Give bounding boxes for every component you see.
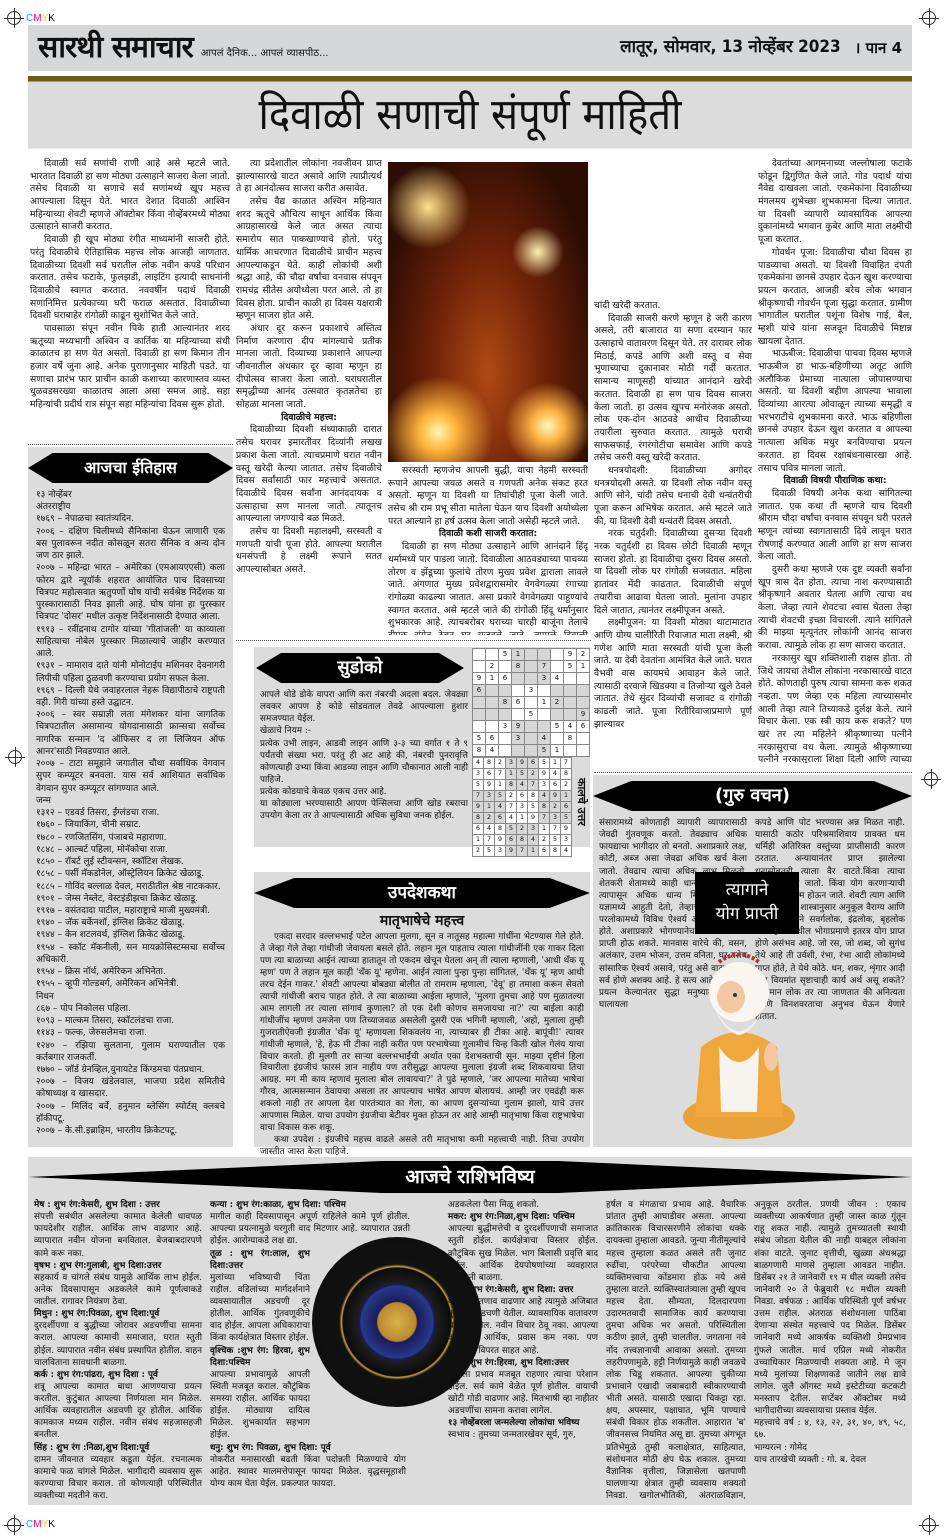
sudoku-cell: 5	[506, 824, 517, 835]
sudoku-cell[interactable]	[525, 649, 538, 661]
paragraph: लक्ष्मीपूजन: या दिवशी मोठ्या थाटामाटात आ…	[594, 617, 752, 731]
sudoku-cell: 7	[539, 813, 550, 824]
registration-mark-mid-right	[924, 772, 938, 786]
sudoku-cell: 6	[473, 824, 484, 835]
sudoku-cell: 3	[495, 846, 506, 857]
sudoku-cell: 2	[517, 824, 528, 835]
article-column-5: देवतांच्या आगमनाच्या जल्लोषाला फटाके फोड…	[758, 158, 912, 763]
sudoku-cell: 9	[539, 769, 550, 780]
sudoku-solution-grid: 4823965173671529485918473627352684919147…	[472, 757, 572, 857]
sudoku-cell[interactable]: 2	[577, 649, 590, 661]
sudoku-cell[interactable]	[525, 673, 538, 685]
history-item: १९३१ – मामाराव दाते यांनी मोनोटाईप मशिनव…	[36, 660, 225, 684]
sudoku-cell: 8	[539, 802, 550, 813]
history-banner: आजचा ईतिहास	[28, 453, 233, 483]
sudoku-cell: 8	[517, 835, 528, 846]
sudoku-cell[interactable]: 1	[538, 697, 551, 709]
sudoku-cell: 1	[561, 791, 572, 802]
paragraph: नरक चतुर्दशी: दिवाळीच्या दुसऱ्या दिवशी न…	[594, 528, 752, 617]
sudoku-cell[interactable]	[512, 745, 525, 757]
sudoku-cell[interactable]	[499, 709, 512, 721]
sudoku-cell: 7	[517, 846, 528, 857]
sudoku-cell[interactable]: 9	[512, 721, 525, 733]
sign-pisces-heading: मीन : शुभ रंग:हिरवा, शुभ दिशा:उत्तर	[448, 1358, 569, 1368]
sudoku-cell: 8	[473, 813, 484, 824]
registration-mark-mid-left	[8, 750, 22, 764]
sudoku-cell[interactable]	[551, 649, 564, 661]
sudoku-cell[interactable]	[512, 685, 525, 697]
history-item: १९१७ – वसंतदादा पाटील, महाराष्ट्राचे माज…	[36, 905, 225, 917]
sudoku-instructions: आपले थोडे डोके वापरा आणि करा नंबरची अदला…	[260, 689, 468, 822]
subheading: दिवाळी कशी साजरी करतात:	[388, 528, 588, 541]
history-item: १८५० – रॉबर्ट लुई स्टीवन्सन, स्कॉटिश लेख…	[36, 856, 225, 868]
sudoku-cell[interactable]: 5	[564, 661, 577, 673]
sudoku-cell[interactable]: 3	[538, 673, 551, 685]
sudoku-cell: 1	[484, 802, 495, 813]
sudoku-cell[interactable]: 9	[564, 649, 577, 661]
history-item: १०९३ – माल्कम तिसरा, स्कॉटलंडचा राजा.	[36, 1015, 225, 1027]
sudoku-cell[interactable]: 3	[512, 733, 525, 745]
cmyk-mark-top: CMYK	[26, 12, 55, 26]
same-date-person: याच तारखेची व्यक्ती : गो. ब. देवल	[754, 1454, 906, 1466]
sudoku-cell[interactable]	[499, 685, 512, 697]
sudoku-cell[interactable]: 4	[564, 721, 577, 733]
sudoku-cell: 2	[473, 846, 484, 857]
sudoku-cell[interactable]	[564, 697, 577, 709]
sudoku-puzzle-grid[interactable]: 519228751916346386125939546563488451	[472, 648, 590, 757]
sudoku-cell[interactable]	[473, 661, 486, 673]
sudoku-cell: 7	[473, 791, 484, 802]
sudoku-cell: 5	[539, 758, 550, 769]
sign-libra-text: मुलांच्या भविष्याची चिंता राहील. वडिलांच…	[210, 1272, 310, 1345]
divider	[594, 772, 912, 773]
sudoku-cell[interactable]	[512, 709, 525, 721]
sudoku-cell: 3	[484, 791, 495, 802]
sudoku-cell: 4	[484, 824, 495, 835]
sudoku-cell[interactable]	[564, 685, 577, 697]
sudoku-cell: 1	[517, 813, 528, 824]
paragraph: दुसरी कथा म्हणजे एक दुष्ट व्यक्ती सर्वां…	[758, 564, 912, 653]
sudoku-cell[interactable]: 9	[577, 709, 590, 721]
sudoku-cell[interactable]: 8	[473, 745, 486, 757]
paragraph: दिवाळी ही खूप मोठ्या रंगीत माध्यमांनी सा…	[30, 234, 230, 323]
sudoku-cell[interactable]: 9	[473, 673, 486, 685]
sudoku-cell[interactable]	[486, 685, 499, 697]
sudoku-cell: 2	[495, 758, 506, 769]
paragraph: पावसाळा संपून नवीन पिके हाती आल्यानंतर श…	[30, 323, 230, 412]
sudoku-cell[interactable]: 8	[512, 661, 525, 673]
history-item: २००७ – महिन्द्रा भारत – अमेरिका (एमआयएएस…	[36, 562, 225, 623]
sudoku-cell: 9	[495, 835, 506, 846]
sudoku-cell: 3	[517, 802, 528, 813]
sudoku-cell[interactable]	[486, 649, 499, 661]
sudoku-cell: 4	[495, 802, 506, 813]
article-column-2: त्या प्रदेशातील लोकांना नवजीवन प्राप्त झ…	[236, 158, 382, 628]
sign-aries-text: संपत्ती सबंधीत असलेल्या कामात केलेली धाव…	[34, 1211, 202, 1260]
sudoku-cell: 4	[506, 813, 517, 824]
sudoku-cell: 4	[539, 791, 550, 802]
history-item: १७६९ – नेपाळचा स्वातंत्र्यदिन.	[36, 513, 225, 525]
sudoku-cell: 7	[506, 802, 517, 813]
sudoku-cell[interactable]	[486, 697, 499, 709]
sudoku-cell[interactable]: 3	[525, 685, 538, 697]
history-list: १३ नोव्हेंबर अंतरराष्ट्रीय १७६९ – नेपाळच…	[36, 489, 225, 1137]
history-item: १९०१ – जेम्स नेब्लेट, वेस्टइंडीझचा क्रिक…	[36, 893, 225, 905]
paragraph: तसेच वैद्य काळात अश्विन महिन्यात शरद ऋतू…	[236, 196, 382, 323]
sudoku-intro: आपले थोडे डोके वापरा आणि करा नंबरची अदला…	[260, 689, 468, 725]
history-item: १९५४ – क्रिस नॉर्थ, अमेरिकन अभिनेता.	[36, 966, 225, 978]
sudoku-cell[interactable]	[564, 673, 577, 685]
sudoku-cell: 1	[528, 846, 539, 857]
sudoku-cell[interactable]	[525, 745, 538, 757]
paragraph: सरस्वती म्हणजेच आपली बुद्धी, वाचा नेहमी …	[388, 465, 588, 528]
sign-leo-heading: सिंह : शुभ रंग :निळा,शुभ दिशा:पूर्व	[34, 1443, 149, 1453]
newspaper-tagline: आपलं दैनिक... आपलं व्यासपीठ...	[201, 47, 329, 61]
sudoku-cell[interactable]	[499, 745, 512, 757]
sign-scorpio-heading: वृश्चिक :शुभ रंग: हिरवा, शुभ दिशा:पश्चिम	[210, 1346, 310, 1368]
sudoku-cell: 5	[517, 769, 528, 780]
sign-capricorn-text: आपल्या बुद्धीमत्तेची व दुरदर्शीपणाची समा…	[448, 1223, 598, 1284]
sudoku-cell[interactable]	[538, 685, 551, 697]
history-item: १९४४ – केन शटलवर्थ, इंग्लिश क्रिकेट खेळा…	[36, 929, 225, 941]
sign-cancer-text: शत्रू आपल्या कामात बाधा आणण्याचा प्रयत्न…	[34, 1381, 202, 1442]
history-item: १७६० – जियाकिंग, चीनी सम्राट.	[36, 819, 225, 831]
sudoku-cell[interactable]: 6	[499, 673, 512, 685]
upadesh-katha-box: उपदेशकथा मातृभाषेचे महत्त्व एकदा सरदार व…	[254, 872, 590, 1147]
sudoku-cell: 9	[528, 813, 539, 824]
sudoku-cell: 9	[484, 780, 495, 791]
guru-vachan-banner: (गुरु वचन)	[593, 781, 912, 811]
history-item: १९५४ – स्कॉट मॅकनीली, सन मायक्रोसिस्टम्स…	[36, 942, 225, 966]
sudoku-cell: 2	[539, 835, 550, 846]
sudoku-cell[interactable]	[577, 733, 590, 745]
sudoku-cell: 2	[561, 780, 572, 791]
sudoku-cell[interactable]	[551, 709, 564, 721]
sudoku-cell[interactable]: 5	[551, 721, 564, 733]
registration-mark-top-left	[7, 11, 21, 25]
sudoku-cell[interactable]: 6	[473, 685, 486, 697]
sudoku-cell[interactable]: 4	[486, 745, 499, 757]
sudoku-cell: 9	[550, 791, 561, 802]
sudoku-cell: 4	[528, 835, 539, 846]
sudoku-cell[interactable]	[473, 721, 486, 733]
sign-gemini-text: दुरदर्शीपणा व बुद्धीच्या जोरावर अडचणींचा…	[34, 1320, 202, 1369]
sudoku-cell: 8	[561, 769, 572, 780]
sudoku-cell: 1	[495, 780, 506, 791]
history-item: १९१३ – रवींद्रनाथ टागोर यांच्या 'गीतांजल…	[36, 624, 225, 661]
answer-label: कालचे उत्तर	[574, 778, 589, 826]
yog-title-line-1: त्यागाने	[695, 878, 799, 902]
section-label-international: अंतरराष्ट्रीय	[36, 501, 225, 513]
history-item: २००६ – स्वर सम्राज्ञी लता मंगेशकर यांना …	[36, 709, 225, 758]
sudoku-cell[interactable]: 7	[538, 661, 551, 673]
paragraph: धनत्रयोदशी: दिवाळीच्या अगोदर धनत्रयोदशी …	[594, 465, 752, 528]
lucky-gem: भाग्यरत्न : गोमेद	[754, 1442, 906, 1454]
sudoku-cell: 4	[517, 780, 528, 791]
sudoku-cell[interactable]	[473, 649, 486, 661]
subheading: दिवाळी विषयी पौराणिक कथा:	[758, 475, 912, 488]
subheading: दिवाळीचे महत्त्व:	[236, 412, 382, 425]
sudoku-cell: 7	[484, 835, 495, 846]
birthday-text: स्वभाव : तुमच्या जन्मतारखेवर सूर्य, गुरु…	[448, 1429, 598, 1441]
section-label-births: जन्म	[36, 795, 225, 807]
registration-mark-bottom-left	[7, 1518, 21, 1532]
sudoku-cell[interactable]	[473, 697, 486, 709]
sign-pisces-text: आपला प्रभाव मजबूत राहणार त्याचा परेशान ह…	[448, 1369, 598, 1418]
sign-aries-heading: मेष : शुभ रंग:केसरी, शुभ दिशा : उत्तर	[34, 1200, 160, 1210]
history-item: ११४३ – फल्क, जेरुसलेमचा राजा.	[36, 1027, 225, 1039]
sudoku-cell[interactable]	[499, 661, 512, 673]
history-item: १८८५ – गोविंद बल्लाळ देवल, मराठीतील श्रे…	[36, 881, 225, 893]
story-paragraph: एकदा सरदार वल्लभभाई पटेल आपला मुलगा, सून…	[260, 932, 584, 1135]
sudoku-cell[interactable]	[486, 721, 499, 733]
sudoku-cell[interactable]	[577, 673, 590, 685]
sudoku-cell: 4	[561, 846, 572, 857]
sudoku-cell: 3	[528, 824, 539, 835]
history-box: आजचा ईतिहास १३ नोव्हेंबर अंतरराष्ट्रीय १…	[28, 447, 233, 1147]
sudoku-cell: 7	[495, 769, 506, 780]
sudoku-cell: 3	[539, 780, 550, 791]
history-date: १३ नोव्हेंबर	[36, 489, 225, 501]
sage-illustration	[679, 937, 799, 1142]
sudoku-cell: 1	[539, 824, 550, 835]
section-label-deaths: निधन	[36, 991, 225, 1003]
sudoku-cell[interactable]	[551, 685, 564, 697]
rule-item: प्रत्येक कोडयाचे केवळ एकच उत्तर आहे.	[260, 786, 468, 798]
sudoku-cell: 6	[561, 802, 572, 813]
sudoku-cell[interactable]	[499, 733, 512, 745]
sudoku-cell[interactable]	[473, 709, 486, 721]
horoscope-banner: आजचे राशिभविष्य	[28, 1161, 912, 1193]
sudoku-cell[interactable]	[577, 685, 590, 697]
sudoku-cell[interactable]: 8	[499, 697, 512, 709]
registration-mark-bottom-right	[922, 1518, 936, 1532]
sudoku-cell: 2	[506, 791, 517, 802]
sudoku-cell: 7	[561, 758, 572, 769]
sign-aquarius-heading: कुंभ : शुभ रंग:केसरी, शुभ दिशा: उत्तर	[448, 1285, 573, 1295]
sudoku-cell: 9	[561, 824, 572, 835]
sign-leo-text: दामन जीवनात व्यवहार कडूता येईल. रचनात्मक…	[34, 1454, 202, 1503]
history-item: १९५५ – व्हूपी गोल्डबर्ग, अमेरिकन अभिनेत्…	[36, 978, 225, 990]
sudoku-cell: 8	[528, 791, 539, 802]
paragraph: भाऊबीज: दिवाळीचा पाचवा दिवस म्हणजे भाऊबी…	[758, 348, 912, 475]
sudoku-cell[interactable]: 2	[486, 661, 499, 673]
sudoku-cell: 5	[473, 780, 484, 791]
article-column-4: चांदी खरेदी करतात. दिवाळी साजरी करणे म्ह…	[594, 300, 752, 765]
masthead: सारथी समाचार आपलं दैनिक... आपलं व्यासपीठ…	[28, 25, 912, 71]
sign-libra-heading: तूळ : शुभ रंग:लाल, शुभ दिशा:उत्तर	[210, 1249, 310, 1271]
paragraph: नरकासुर खूप शक्तिशाली राक्षस होता. तो जि…	[758, 653, 912, 763]
sudoku-cell: 2	[528, 769, 539, 780]
paragraph: दिवाळीच्या दिवशी संध्याकाळी दारात तसेच घ…	[236, 424, 382, 526]
sudoku-cell[interactable]	[538, 649, 551, 661]
history-item: १८५८ – पर्सी मॅकडोनेल, ऑस्ट्रेलियन क्रिक…	[36, 868, 225, 880]
article-column-3: सरस्वती म्हणजेच आपली बुद्धी, वाचा नेहमी …	[388, 465, 588, 635]
rule-item: या कोड्याला भरण्यासाठी आपण पेन्सिलचा आणि…	[260, 798, 468, 822]
sign-aquarius-text: कौटुंबिक तणाव वाढणार आहे त्यामुळे अजिबात…	[448, 1296, 598, 1357]
registration-mark-top-right	[922, 11, 936, 25]
sudoku-cell: 1	[473, 835, 484, 846]
sign-capricorn-heading: मकर: शुभ रंग:निळा,शुभ दिशा: पश्चिम	[448, 1212, 575, 1222]
birthday-heading: १३ नोव्हेंबरला जन्मलेल्या लोकांचा भविष्य	[448, 1418, 579, 1428]
rule-item: प्रत्येक उभी लाइन, आडवी लाइन आणि ३-३ च्य…	[260, 738, 468, 787]
sudoku-cell: 8	[484, 758, 495, 769]
sudoku-cell[interactable]	[512, 673, 525, 685]
sudoku-cell[interactable]	[525, 661, 538, 673]
sudoku-cell: 2	[484, 813, 495, 824]
paragraph: गोवर्धन पूजा: दिवाळीचा चौथा दिवस हा पाडव…	[758, 247, 912, 349]
sign-sagittarius-heading: धनु: शुभ रंग: पिवळा, शुभ दिशा: पूर्व	[210, 1443, 331, 1453]
paragraph: अंधार दूर करून प्रकाशाचे अस्तित्व निर्मा…	[236, 323, 382, 412]
yog-title-box: त्यागाने योग प्राप्ती	[695, 872, 799, 934]
virgo-continued-text: अडकलेला पैसा मिळू शकतो.	[448, 1199, 598, 1211]
sign-cancer-heading: कर्क : शुभ रंग:पांढरा, शुभ दिशा : पूर्व	[34, 1370, 158, 1380]
sudoku-cell[interactable]: 6	[512, 697, 525, 709]
sudoku-cell: 5	[561, 813, 572, 824]
horoscope-column-2: कन्या : शुभ रंग:काळा, शुभ दिशा: पश्चिममा…	[210, 1199, 310, 1490]
page-number: । पान 4	[855, 38, 902, 59]
sudoku-cell: 6	[517, 791, 528, 802]
sudoku-cell[interactable]: 6	[486, 733, 499, 745]
upadesh-banner: उपदेशकथा	[254, 878, 590, 908]
sudoku-cell: 5	[528, 802, 539, 813]
sign-gemini-heading: मिथुन : शुभ रंग:पिवळा, शुभ दिशा:पूर्व	[34, 1309, 159, 1319]
sudoku-cell[interactable]: 3	[499, 721, 512, 733]
sudoku-cell[interactable]: 1	[512, 649, 525, 661]
sudoku-cell: 6	[528, 758, 539, 769]
sudoku-cell: 4	[550, 769, 561, 780]
sudoku-cell[interactable]: 1	[577, 661, 590, 673]
history-item: २००७ – मिलिंद बर्वे, हनुमान ब्लेसिंग स्प…	[36, 1101, 225, 1125]
sudoku-cell[interactable]: 8	[564, 733, 577, 745]
horoscope-column-3: अडकलेला पैसा मिळू शकतो. मकर: शुभ रंग:निळ…	[448, 1199, 598, 1442]
sudoku-cell[interactable]: 5	[538, 745, 551, 757]
sudoku-cell: 3	[473, 769, 484, 780]
sudoku-cell: 1	[506, 769, 517, 780]
sudoku-cell[interactable]	[525, 697, 538, 709]
sign-virgo-heading: कन्या : शुभ रंग:काळा, शुभ दिशा: पश्चिम	[210, 1200, 346, 1210]
diwali-diya-photo	[388, 162, 588, 462]
horoscope-column-5: अनुकूल ठरतील. प्रणयी जीवन : एकाच व्यक्ती…	[754, 1199, 906, 1466]
sudoku-cell: 3	[561, 835, 572, 846]
sudoku-cell[interactable]	[551, 661, 564, 673]
important-years: महत्त्वाचे वर्ष : ४, १३, २२, ३१, ४०, ४९,…	[754, 1417, 906, 1441]
paragraph: चांदी खरेदी करतात.	[594, 300, 752, 313]
history-item: १९४० – जॅक बर्केनशॉ, इंग्लिश क्रिकेट खेळ…	[36, 917, 225, 929]
sudoku-cell[interactable]: 5	[473, 733, 486, 745]
dateline: लातूर, सोमवार, 13 नोव्हेंबर 2023	[620, 36, 841, 59]
sudoku-cell: 6	[484, 769, 495, 780]
history-item: २००७ – के.सी.इब्राहिम, भारतीय क्रिकेटपटू…	[36, 1125, 225, 1137]
sudoku-cell: 7	[550, 824, 561, 835]
sudoku-cell: 9	[506, 846, 517, 857]
sudoku-cell[interactable]	[525, 733, 538, 745]
sudoku-cell: 6	[539, 846, 550, 857]
sudoku-cell[interactable]	[551, 733, 564, 745]
sudoku-cell: 5	[550, 835, 561, 846]
sudoku-cell[interactable]	[564, 709, 577, 721]
sudoku-cell[interactable]	[525, 721, 538, 733]
sign-taurus-heading: वृषभ : शुभ रंग:गुलाबी, शुभ दिशा:उत्तर	[34, 1261, 161, 1271]
sudoku-cell: 9	[473, 802, 484, 813]
sudoku-cell: 8	[495, 824, 506, 835]
sudoku-cell: 3	[506, 758, 517, 769]
sudoku-cell[interactable]: 4	[538, 733, 551, 745]
paragraph: दिवाळी विषयी अनेक कथा सांगितल्या जातात. …	[758, 488, 912, 564]
sudoku-cell: 9	[517, 758, 528, 769]
sudoku-cell: 3	[550, 813, 561, 824]
yog-title-line-2: योग प्राप्ती	[695, 902, 799, 926]
horoscope-column-4: हर्षल व मंगळाचा प्रभाव आहे. वैचारिक प्रा…	[606, 1199, 746, 1499]
sudoku-cell[interactable]: 2	[551, 697, 564, 709]
story-body: एकदा सरदार वल्लभभाई पटेल आपला मुलगा, सून…	[260, 932, 584, 1159]
rules-label: खेळाचे नियम :-	[260, 725, 468, 737]
horoscope-column-1: मेष : शुभ रंग:केसरी, शुभ दिशा : उत्तरसंप…	[34, 1199, 202, 1502]
sudoku-cell[interactable]: 4	[551, 673, 564, 685]
sudoku-cell[interactable]	[538, 709, 551, 721]
sudoku-cell: 8	[550, 846, 561, 857]
story-title: मातृभाषेचे महत्त्व	[254, 912, 590, 931]
paragraph: दिवाळी साजरी करणे म्हणून हे जरी कारण असल…	[594, 313, 752, 465]
sudoku-cell[interactable]	[577, 697, 590, 709]
sudoku-cell[interactable]: 6	[577, 721, 590, 733]
sudoku-cell: 7	[528, 780, 539, 791]
sudoku-cell[interactable]	[564, 745, 577, 757]
horoscope-section: आजचे राशिभविष्य मेष : शुभ रंग:केसरी, शुभ…	[28, 1157, 912, 1505]
sudoku-cell[interactable]: 1	[551, 745, 564, 757]
history-item: ८६७ – पोप निकोलस पहिला.	[36, 1003, 225, 1015]
sudoku-cell[interactable]	[486, 709, 499, 721]
paragraph: दिवाळी हा सण मोठ्या उत्साहाने आणि आनंदान…	[388, 541, 588, 635]
history-item: १७८० – रणजितसिंग, पंजाबचे महाराणा.	[36, 832, 225, 844]
sudoku-cell[interactable]	[538, 721, 551, 733]
sudoku-cell: 6	[495, 813, 506, 824]
guru-vachan-box: (गुरु वचन) संसारामध्ये कोणताही व्यापारी …	[593, 775, 912, 1147]
history-item: १३१२ – एडवर्ड तिसरा, ईंग्लंडचा राजा.	[36, 807, 225, 819]
history-item: २००७ – टाटा समूहाने जगातील चौथा सर्वाधिक…	[36, 758, 225, 795]
sudoku-cell[interactable]: 5	[525, 709, 538, 721]
sudoku-cell: 5	[495, 791, 506, 802]
newspaper-title: सारथी समाचार	[38, 27, 193, 68]
paragraph: त्या प्रदेशातील लोकांना नवजीवन प्राप्त झ…	[236, 158, 382, 196]
sudoku-cell[interactable]: 1	[486, 673, 499, 685]
sudoku-cell[interactable]	[577, 745, 590, 757]
divider	[236, 640, 591, 641]
cmyk-mark-bottom: CMYK	[26, 1518, 55, 1532]
history-item: १७७० – जॉर्ड ग्रेनव्हिल,युनायटेड किंग्डम…	[36, 1064, 225, 1076]
sudoku-cell: 5	[484, 846, 495, 857]
sudoku-cell: 4	[473, 758, 484, 769]
history-item: १९६९ – दिल्ली येथे जवाहरलाल नेहरू विद्या…	[36, 685, 225, 709]
history-item: १८४८ – आल्बर्ट पहिला, मोनॅकोचा राजा.	[36, 844, 225, 856]
sign-taurus-text: सहकार्य व चांगले संबंध यामुळे आर्थिक लाभ…	[34, 1272, 202, 1308]
history-item: २००७ – विजय खंडेलवाल, भाजपा प्रदेश समिती…	[36, 1076, 225, 1100]
paragraph: तसेच या दिवशी महालक्ष्मी, सरस्वती व गणपत…	[236, 526, 382, 577]
history-item: १२४० – रझिया सुलताना, गुलाम घराण्यातील ए…	[36, 1040, 225, 1064]
sudoku-cell: 2	[550, 802, 561, 813]
sudoku-cell: 6	[506, 835, 517, 846]
yearly-forecast-text: अनुकूल ठरतील. प्रणयी जीवन : एकाच व्यक्ती…	[754, 1199, 906, 1417]
paragraph: दिवाळी सर्व सणांची राणी आहे असे म्हटले ज…	[30, 158, 230, 234]
sudoku-cell: 8	[506, 780, 517, 791]
history-item: २००६ – दक्षिण चिलीमध्ये सैनिकांना घेऊन ज…	[36, 526, 225, 563]
sudoku-cell: 6	[550, 780, 561, 791]
sudoku-banner: सुडोको	[256, 653, 464, 683]
sudoku-cell[interactable]: 5	[499, 649, 512, 661]
paragraph: देवतांच्या आगमनाच्या जल्लोषाला फटाके फोड…	[758, 158, 912, 247]
story-moral: कथा उपदेश : इंग्रजीचे महत्त्व वाढले असले…	[260, 1135, 584, 1159]
article-column-1: दिवाळी सर्व सणांची राणी आहे असे म्हटले ज…	[30, 158, 230, 412]
